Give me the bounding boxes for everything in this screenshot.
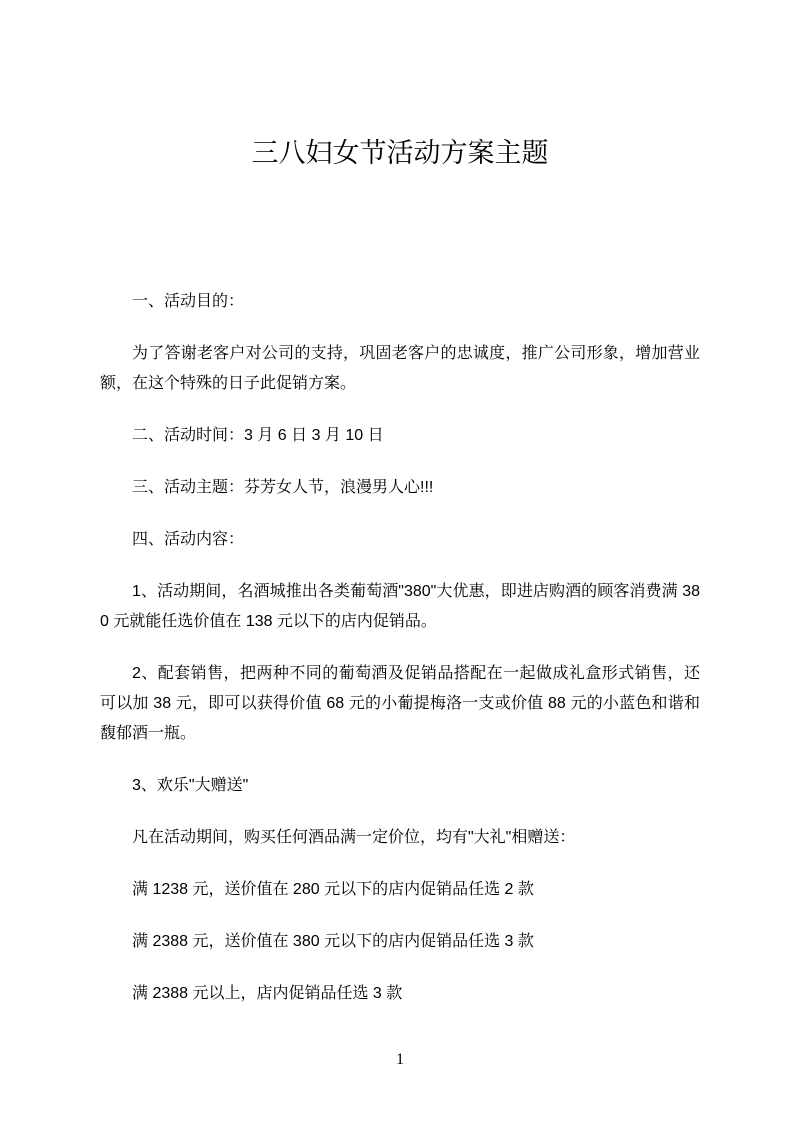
section-heading-activity-content: 四、活动内容： — [100, 525, 700, 555]
paragraph-content-item-3: 3、欢乐"大赠送" — [100, 771, 700, 801]
paragraph-gift-tier-3: 满 2388 元以上，店内促销品任选 3 款 — [100, 979, 700, 1009]
document-body: 一、活动目的： 为了答谢老客户对公司的支持，巩固老客户的忠诚度，推广公司形象，增… — [100, 287, 700, 1031]
section-heading-activity-theme: 三、活动主题：芬芳女人节，浪漫男人心!!! — [100, 473, 700, 503]
paragraph-gift-tier-2: 满 2388 元，送价值在 380 元以下的店内促销品任选 3 款 — [100, 927, 700, 957]
paragraph-gift-intro: 凡在活动期间，购买任何酒品满一定价位，均有"大礼"相赠送： — [100, 823, 700, 853]
document-title: 三八妇女节活动方案主题 — [100, 136, 700, 170]
section-heading-activity-purpose: 一、活动目的： — [100, 287, 700, 317]
document-page: 三八妇女节活动方案主题 一、活动目的： 为了答谢老客户对公司的支持，巩固老客户的… — [0, 0, 793, 1122]
page-number: 1 — [100, 1048, 700, 1072]
paragraph-content-item-1: 1、活动期间，名酒城推出各类葡萄酒"380"大优惠，即进店购酒的顾客消费满 38… — [100, 577, 700, 637]
paragraph-gift-tier-1: 满 1238 元，送价值在 280 元以下的店内促销品任选 2 款 — [100, 875, 700, 905]
section-heading-activity-time: 二、活动时间：3 月 6 日 3 月 10 日 — [100, 421, 700, 451]
paragraph-content-item-2: 2、配套销售，把两种不同的葡萄酒及促销品搭配在一起做成礼盒形式销售，还可以加 3… — [100, 659, 700, 749]
paragraph-activity-purpose-text: 为了答谢老客户对公司的支持，巩固老客户的忠诚度，推广公司形象，增加营业额，在这个… — [100, 339, 700, 399]
